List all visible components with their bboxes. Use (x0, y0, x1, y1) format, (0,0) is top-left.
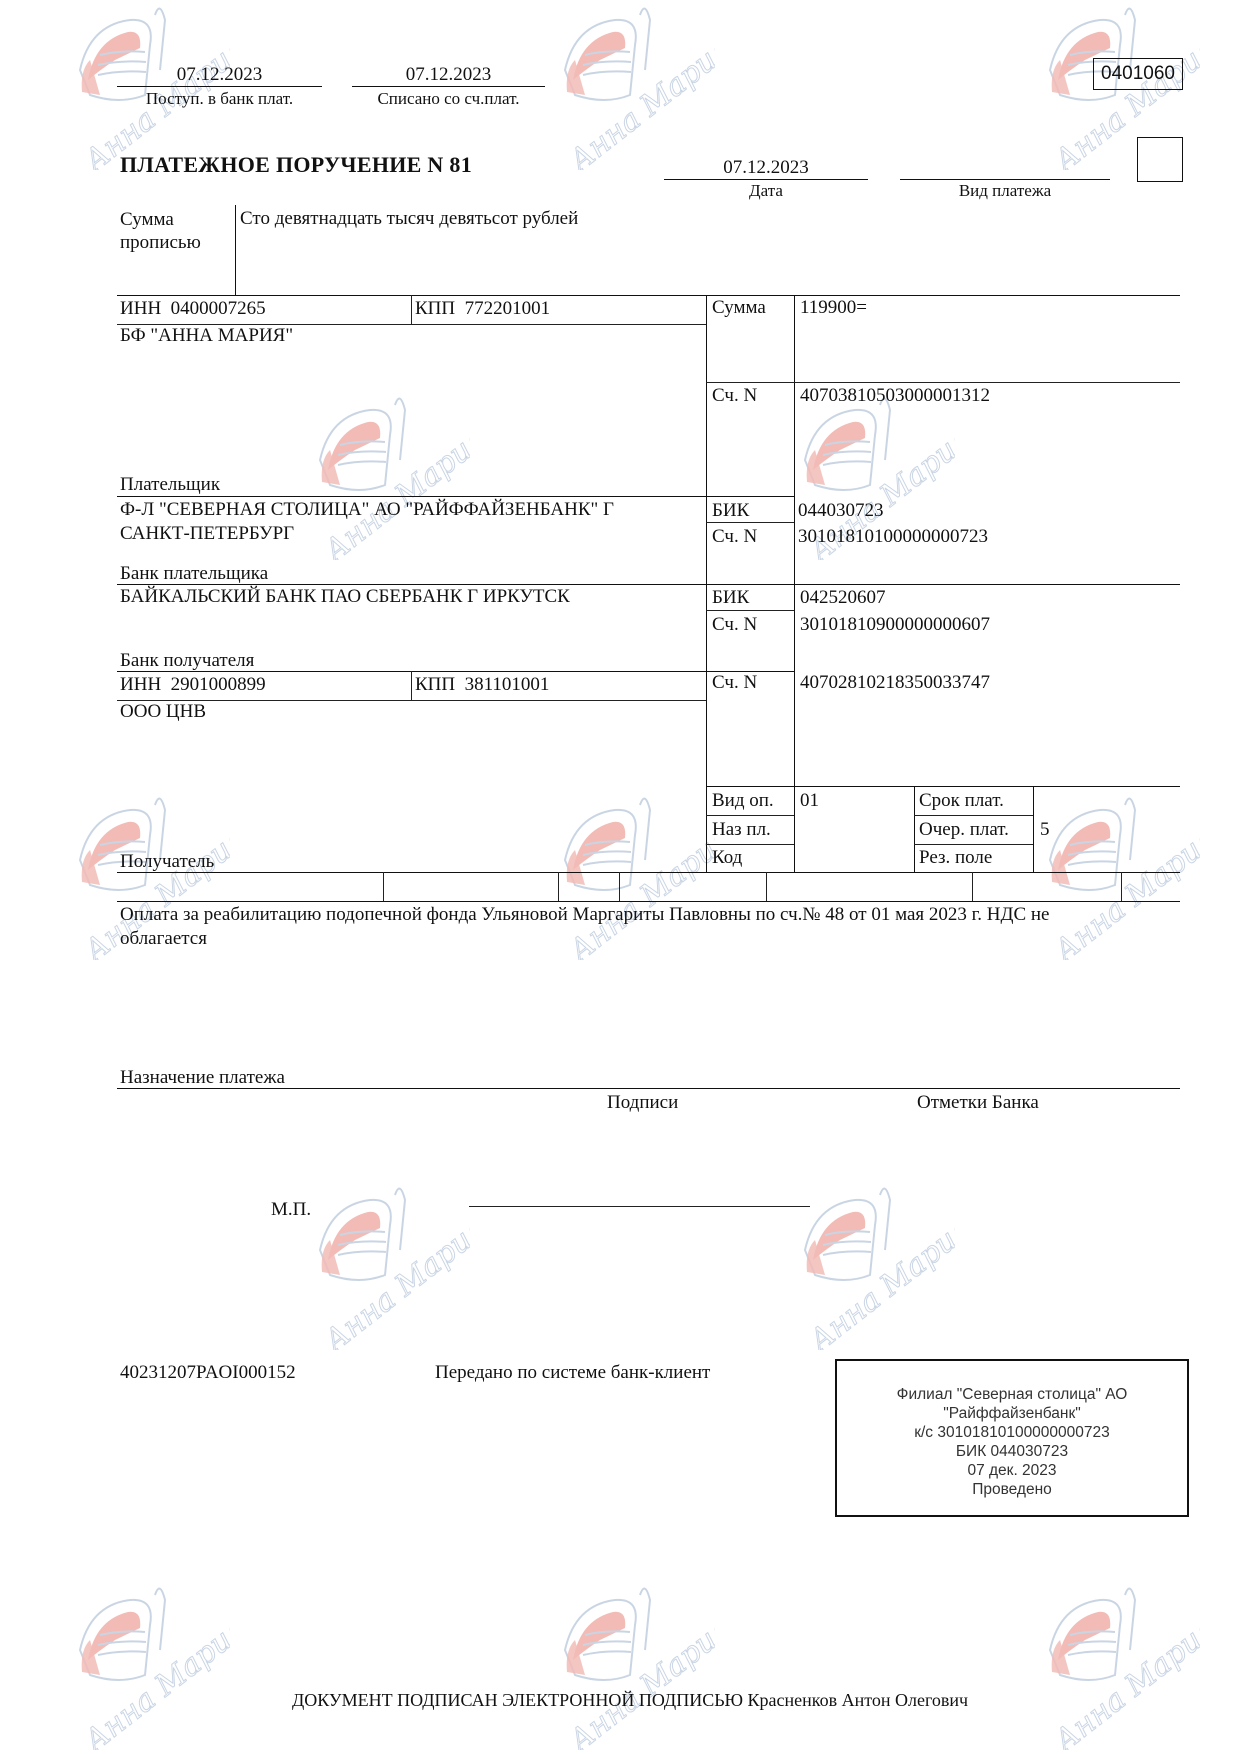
charity-hands-logo-icon: Анна Мария (1030, 1580, 1200, 1750)
tax-div-5 (972, 872, 973, 901)
payment-type-label: Вид платежа (900, 181, 1110, 201)
payer-bank-name-line2: САНКТ-ПЕТЕРБУРГ (120, 522, 614, 546)
purpose-text: Оплата за реабилитацию подопечной фонда … (120, 903, 1050, 951)
payer-bank-name: Ф-Л "СЕВЕРНАЯ СТОЛИЦА" АО "РАЙФФАЙЗЕНБАН… (120, 498, 614, 546)
amount-words-divider (235, 205, 236, 295)
payer-bank-bik: 044030723 (798, 500, 884, 522)
bank-stamp-line1: Филиал "Северная столица" АО (837, 1385, 1187, 1404)
stamp-place-label: М.П. (271, 1199, 311, 1221)
payer-account-value: 40703810503000001312 (800, 385, 990, 407)
received-date-line (117, 86, 322, 87)
charity-hands-logo-icon: Анна Мария (300, 1180, 470, 1350)
tax-div-2 (558, 872, 559, 901)
charity-hands-logo-icon: Анна Мария (785, 1180, 955, 1350)
payee-inn: ИНН 2901000899 (120, 674, 266, 696)
payer-bottom-line (117, 496, 794, 497)
svg-text:Анна Мария: Анна Мария (76, 1610, 230, 1750)
codes-divider-2 (914, 786, 915, 873)
grid-col-label-divider (794, 295, 795, 786)
payment-type-line (900, 179, 1110, 180)
bank-stamp-line5: 07 дек. 2023 (837, 1461, 1187, 1480)
svg-text:Анна Мария: Анна Мария (316, 1210, 470, 1350)
bank-stamp-line4: БИК 044030723 (837, 1442, 1187, 1461)
doc-reference: 40231207PAOI000152 (120, 1362, 296, 1384)
payee-inn-kpp-divider (411, 671, 412, 700)
charity-hands-logo-icon: Анна Мария (545, 0, 715, 170)
payee-bank-bik-label: БИК (712, 587, 749, 609)
payee-bank-bik-line (706, 610, 794, 611)
term-label: Срок плат. (919, 790, 1004, 812)
payee-name: ООО ЦНВ (120, 701, 206, 723)
payer-inn: ИНН 0400007265 (120, 298, 266, 320)
tax-row-top-line (117, 872, 1180, 873)
purpose-code-label: Наз пл. (712, 819, 771, 841)
payer-account-label: Сч. N (712, 385, 757, 407)
payee-bank-section-label: Банк получателя (120, 650, 254, 672)
codes-divider-3 (1033, 786, 1034, 873)
svg-text:Анна Мария: Анна Мария (1046, 1610, 1200, 1750)
bank-stamp-line2: "Райффайзенбанк" (837, 1404, 1187, 1423)
codes-top-line (706, 786, 1180, 787)
payment-type-code-box (1137, 137, 1183, 182)
debited-date: 07.12.2023 (352, 64, 545, 86)
codes-line-b (706, 844, 794, 845)
debited-date-line (352, 86, 545, 87)
tax-div-1 (383, 872, 384, 901)
bank-marks-label: Отметки Банка (917, 1092, 1039, 1114)
codes-line-d (914, 844, 1033, 845)
payer-bank-acc: 30101810100000000723 (798, 526, 988, 548)
svg-text:Анна Мария: Анна Мария (1046, 820, 1200, 960)
payer-kpp: КПП 772201001 (415, 298, 550, 320)
purpose-text-line2: облагается (120, 927, 1050, 951)
form-code-box: 0401060 (1093, 58, 1183, 90)
amount-label: Сумма (712, 297, 766, 319)
payee-bank-name: БАЙКАЛЬСКИЙ БАНК ПАО СБЕРБАНК Г ИРКУТСК (120, 586, 570, 608)
date-value: 07.12.2023 (664, 157, 868, 179)
tax-row-bottom-line (117, 901, 1180, 902)
priority-value: 5 (1040, 819, 1050, 841)
bank-stamp-status: Проведено (837, 1480, 1187, 1499)
payer-bank-bik-line (706, 522, 794, 523)
codes-line-c (914, 815, 1033, 816)
priority-label: Очер. плат. (919, 819, 1009, 841)
transmission-note: Передано по системе банк-клиент (435, 1362, 710, 1384)
date-label: Дата (664, 181, 868, 201)
payee-kpp: КПП 381101001 (415, 674, 549, 696)
payer-bank-bottom-line (117, 584, 1180, 585)
charity-hands-logo-icon: Анна Мария (1030, 790, 1200, 960)
codes-line-a (706, 815, 794, 816)
purpose-bottom-line (117, 1088, 1180, 1089)
amount-words-label-line1: Сумма (120, 208, 201, 231)
payer-bank-acc-label: Сч. N (712, 526, 757, 548)
charity-hands-logo-icon: Анна Мария (545, 1580, 715, 1750)
page-title: ПЛАТЕЖНОЕ ПОРУЧЕНИЕ N 81 (120, 152, 472, 178)
payer-inn-kpp-divider (411, 295, 412, 324)
date-line (664, 179, 868, 180)
payee-account-value: 40702810218350033747 (800, 672, 990, 694)
svg-text:Анна Мария: Анна Мария (561, 30, 715, 170)
code-label: Код (712, 847, 742, 869)
codes-divider-1 (794, 786, 795, 873)
signature-line (469, 1206, 810, 1207)
tax-div-3 (619, 872, 620, 901)
purpose-text-line1: Оплата за реабилитацию подопечной фонда … (120, 903, 1050, 927)
debited-label: Списано со сч.плат. (352, 89, 545, 109)
received-label: Поступ. в банк плат. (117, 89, 322, 109)
received-date: 07.12.2023 (117, 64, 322, 86)
amount-value: 119900= (800, 297, 867, 319)
amount-words-value: Сто девятнадцать тысяч девятьсот рублей (240, 208, 578, 230)
op-type-label: Вид оп. (712, 790, 774, 812)
svg-text:Анна Мария: Анна Мария (801, 1210, 955, 1350)
payer-name: БФ "АННА МАРИЯ" (120, 325, 293, 347)
form-code: 0401060 (1094, 63, 1182, 85)
payee-bank-acc-label: Сч. N (712, 614, 757, 636)
svg-text:Анна Мария: Анна Мария (561, 1610, 715, 1750)
payee-account-label: Сч. N (712, 672, 757, 694)
amount-bottom-line (706, 382, 1180, 383)
payee-bank-bik: 042520607 (800, 587, 886, 609)
amount-words-label-line2: прописью (120, 231, 201, 254)
op-type-value: 01 (800, 790, 819, 812)
payer-bank-bik-label: БИК (712, 500, 749, 522)
bank-stamp-line3: к/с 30101810100000000723 (837, 1423, 1187, 1442)
tax-div-6 (1121, 872, 1122, 901)
payer-section-label: Плательщик (120, 474, 220, 496)
payee-bank-bottom-line (117, 671, 794, 672)
signatures-label: Подписи (607, 1092, 678, 1114)
bank-stamp: Филиал "Северная столица" АО "Райффайзен… (835, 1359, 1189, 1517)
purpose-label: Назначение платежа (120, 1067, 285, 1089)
payer-bank-section-label: Банк плательщика (120, 563, 268, 585)
grid-top-line (117, 295, 1180, 296)
tax-div-4 (766, 872, 767, 901)
reserve-label: Рез. поле (919, 847, 992, 869)
payee-bank-acc: 30101810900000000607 (800, 614, 990, 636)
amount-words-label: Сумма прописью (120, 208, 201, 254)
e-signature-footer: ДОКУМЕНТ ПОДПИСАН ЭЛЕКТРОННОЙ ПОДПИСЬЮ К… (292, 1690, 968, 1711)
charity-hands-logo-icon: Анна Мария (60, 1580, 230, 1750)
payer-bank-name-line1: Ф-Л "СЕВЕРНАЯ СТОЛИЦА" АО "РАЙФФАЙЗЕНБАН… (120, 498, 614, 522)
payee-section-label: Получатель (120, 851, 214, 873)
